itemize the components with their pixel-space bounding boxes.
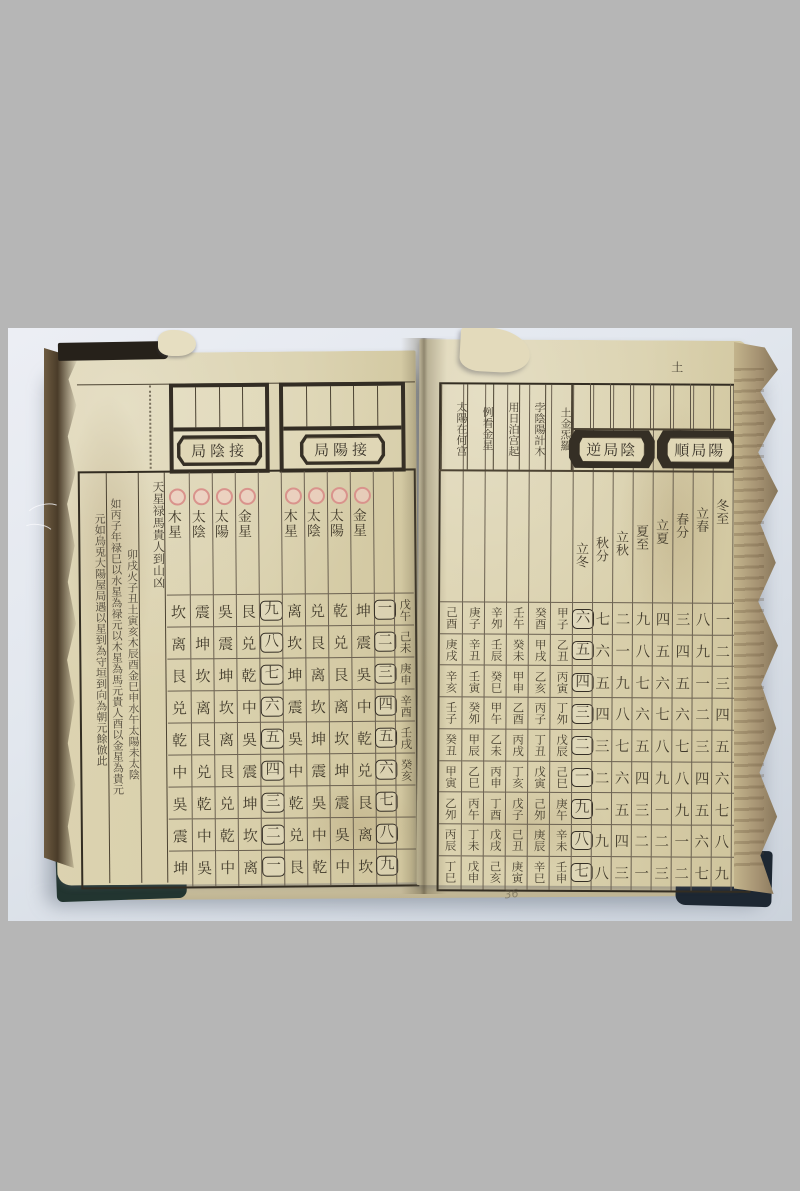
table-cell: 五: [673, 666, 693, 699]
planet-name: 木星: [282, 508, 297, 538]
bureau-number-boxed: 五: [375, 728, 398, 748]
trigram-value: 震: [356, 631, 371, 652]
ganzhi-value: 甲戌: [534, 639, 546, 662]
ganzhi-value: 丙午: [467, 797, 479, 820]
solar-term-header: 立春: [693, 507, 713, 533]
table-cell: 辛酉: [396, 688, 415, 721]
table-cell: 坎: [167, 594, 190, 627]
table-cell: 震: [330, 785, 353, 818]
table-cell: 六: [612, 761, 632, 794]
table-cell: 乾: [308, 849, 331, 882]
table-cell: 甲申: [507, 665, 529, 698]
ganzhi-value: 壬申: [555, 861, 567, 884]
ganzhi-value: 甲子: [556, 607, 568, 630]
table-cell: 艮: [306, 625, 329, 658]
ganzhi-value: 丁夘: [556, 702, 568, 725]
annotation-shouyuan-chaoyuan: 元如烏兎大陽屋局遇以星到為守垣到向為朝元餘倣此: [79, 513, 108, 873]
table-cell: 艮: [285, 849, 308, 882]
table-cell: 己巳: [550, 760, 572, 793]
table-cell: 坎: [239, 818, 262, 851]
red-circle-mark: [285, 487, 302, 504]
trigram-value: 坎: [287, 632, 302, 653]
ganzhi-value: 乙夘: [444, 797, 456, 820]
table-cell: 七: [376, 785, 396, 818]
bureau-number: 五: [695, 799, 710, 820]
solar-term-header: 立冬: [573, 542, 593, 568]
trigram-value: 中: [357, 695, 372, 716]
planet-name: 太陽: [328, 508, 343, 538]
trigram-value: 艮: [171, 665, 186, 686]
table-cell: 四: [612, 824, 632, 857]
bureau-number: 四: [595, 704, 610, 725]
ganzhi-value: 庚申: [399, 662, 411, 685]
comb-cells: [283, 386, 401, 431]
trigram-value: 坎: [243, 824, 258, 845]
table-cell: 三: [592, 729, 612, 762]
ganzhi-value: 戊子: [511, 797, 523, 820]
table-cell: 中: [238, 690, 261, 723]
ganzhi-value: 戊申: [467, 860, 479, 883]
ganzhi-value: 癸未: [512, 639, 524, 662]
table-cell: 四: [653, 602, 673, 635]
trigram-value: 坎: [311, 696, 326, 717]
trigram-value: 震: [195, 601, 210, 622]
ganzhi-value: 癸亥: [400, 758, 412, 781]
table-cell: 七: [260, 658, 283, 691]
trigram-value: 吳: [242, 728, 257, 749]
ganzhi-value: 丙寅: [556, 671, 568, 694]
table-cell: 五: [632, 729, 652, 762]
solar-term-name: 立冬: [573, 542, 587, 568]
bureau-number: 六: [695, 831, 710, 852]
trigram-value: 震: [311, 760, 326, 781]
table-cell: 六: [593, 634, 613, 667]
trigram-value: 坎: [219, 697, 234, 718]
ganzhi-value: 壬子: [445, 702, 457, 725]
bureau-number: 四: [675, 641, 690, 662]
table-cell: 六: [672, 698, 692, 731]
table-cell: 四: [692, 761, 712, 794]
table-cell: 三: [612, 856, 632, 889]
red-circle-mark: [331, 487, 348, 504]
table-cell: 兑: [192, 754, 215, 787]
table-cell: 五: [261, 722, 284, 755]
table-cell: 艮: [167, 658, 190, 691]
table-cell: 四: [632, 761, 652, 794]
table-cell: 七: [572, 856, 592, 889]
trigram-value: 乾: [172, 729, 187, 750]
trigram-value: 中: [335, 856, 350, 877]
bureau-number: 一: [675, 831, 690, 852]
bureau-number: 八: [615, 704, 630, 725]
cartouche-yang-ju-shun: 順局陽: [657, 430, 743, 468]
trigram-value: 艮: [219, 761, 234, 782]
table-cell: 乾: [329, 593, 352, 626]
trigram-value: 艮: [310, 632, 325, 653]
bureau-number: 九: [714, 863, 729, 884]
ganzhi-value: 丁未: [467, 829, 479, 852]
solar-term-header: 秋分: [593, 536, 613, 562]
table-cell: 坎: [191, 658, 214, 691]
page-number-mark: 土: [671, 358, 683, 375]
trigram-value: 中: [172, 761, 187, 782]
table-cell: 兑: [329, 625, 352, 658]
table-cell: 乙未: [484, 728, 506, 761]
trigram-value: 坤: [218, 665, 233, 686]
table-cell: 四: [261, 754, 284, 787]
bureau-number: 六: [715, 768, 730, 789]
bureau-number: 七: [615, 735, 630, 756]
table-cell: 乾: [216, 818, 239, 851]
table-cell: 癸丑: [439, 728, 461, 761]
bureau-number: 八: [696, 609, 711, 630]
bureau-number: 一: [595, 799, 610, 820]
table-cell: 戊戌: [484, 823, 506, 856]
table-cell: 四: [376, 689, 396, 722]
solar-term-name: 立夏: [653, 518, 667, 544]
table-cell: 一: [632, 856, 652, 889]
bureau-number-boxed: 三: [571, 704, 594, 724]
paper-scrap-gutter: [459, 328, 531, 374]
ganzhi-value: 壬寅: [468, 670, 480, 693]
table-cell: 辛未: [550, 824, 572, 857]
ganzhi-value: 癸夘: [468, 702, 480, 725]
table-cell: 六: [692, 824, 712, 857]
trigram-value: 乾: [289, 792, 304, 813]
trigram-value: 兑: [241, 632, 256, 653]
table-cell: 离: [215, 722, 238, 755]
table-cell: 二: [592, 761, 612, 794]
bureau-number-boxed: 六: [261, 697, 284, 717]
table-cell: 甲子: [551, 602, 573, 635]
bureau-number-boxed: 九: [571, 799, 594, 819]
bureau-number-boxed: 五: [261, 729, 284, 749]
trigram-value: 中: [312, 824, 327, 845]
cartouche-jie-yang-ju: 局陽接: [300, 433, 385, 465]
trigram-value: 坤: [195, 633, 210, 654]
table-cell: 中: [331, 849, 354, 882]
ganzhi-value: 戊午: [398, 598, 410, 621]
table-cell: 九: [572, 792, 592, 825]
table-cell: 坤: [283, 657, 306, 690]
table-cell: 离: [330, 689, 353, 722]
bureau-number: 四: [635, 767, 650, 788]
table-cell: 甲寅: [439, 760, 461, 793]
bureau-number: 三: [614, 862, 629, 883]
table-cell: 三: [261, 786, 284, 819]
table-cell: 二: [262, 818, 285, 851]
trigram-value: 艮: [358, 791, 373, 812]
ganzhi-value: 辛亥: [445, 670, 457, 693]
table-cell: 离: [167, 626, 190, 659]
bureau-number: 九: [675, 799, 690, 820]
table-cell: 坎: [307, 689, 330, 722]
trigram-value: 离: [196, 697, 211, 718]
bureau-number-boxed: 七: [570, 863, 593, 883]
bureau-number-boxed: 四: [571, 672, 594, 692]
table-cell: 吳: [193, 850, 216, 883]
ganzhi-value: 丁酉: [489, 797, 501, 820]
trigram-value: 乾: [357, 727, 372, 748]
table-cell: 二: [713, 634, 733, 667]
bureau-number: 一: [716, 609, 731, 630]
table-cell: 二: [375, 625, 395, 658]
table-cell: 震: [191, 594, 214, 627]
table-cell: 一: [672, 824, 692, 857]
table-column-ganzhi: 戊午己未庚申辛酉壬戌癸亥: [393, 470, 417, 884]
bureau-number: 八: [594, 862, 609, 883]
trigram-value: 离: [243, 856, 258, 877]
bureau-number-boxed: 五: [572, 641, 595, 661]
solar-term-header: 春分: [673, 512, 693, 538]
table-cell: 离: [306, 657, 329, 690]
table-cell: 丁丑: [528, 729, 550, 762]
bureau-number: 五: [715, 736, 730, 757]
table-cell: 辛夘: [485, 601, 507, 634]
ganzhi-value: 甲午: [490, 702, 502, 725]
table-cell: 七: [652, 697, 672, 730]
planet-header: 金星: [236, 488, 259, 539]
planet-header: 太陰: [190, 488, 213, 539]
bureau-number-boxed: 二: [262, 825, 285, 845]
table-cell: 三: [375, 657, 395, 690]
solar-term-header: 立夏: [653, 518, 673, 544]
comb-cells: [571, 383, 731, 431]
ganzhi-value: 甲寅: [444, 765, 456, 788]
ganzhi-value: 辛巳: [533, 861, 545, 884]
trigram-value: 震: [218, 633, 233, 654]
solar-term-name: 立春: [693, 507, 707, 533]
table-cell: 乙丑: [551, 634, 573, 667]
ganzhi-value: 庚戌: [445, 638, 457, 661]
bureau-number: 八: [655, 736, 670, 757]
bureau-number: 一: [615, 640, 630, 661]
table-cell: 兑: [168, 690, 191, 723]
left-page: 局陰接 局陽接 木星坎离艮兑乾中吳震坤太陰震坤坎离艮兑乾中吳太陽吳震坤坎离艮兑乾…: [53, 350, 421, 885]
table-cell: 丁巳: [439, 855, 461, 888]
bureau-number: 六: [615, 767, 630, 788]
table-cell: 丙申: [484, 760, 506, 793]
red-circle-mark: [169, 488, 186, 505]
table-cell: 一: [693, 666, 713, 699]
table-cell: 一: [713, 603, 733, 636]
table-cell: 七: [593, 602, 613, 635]
ganzhi-value: 戊辰: [555, 734, 567, 757]
trigram-value: 坎: [171, 601, 186, 622]
ganzhi-value: 乙酉: [512, 702, 524, 725]
trigram-value: 艮: [333, 664, 348, 685]
bureau-number-boxed: 六: [572, 609, 595, 629]
table-cell: 七: [692, 856, 712, 889]
table-cell: 九: [693, 634, 713, 667]
table-cell: 乾: [168, 722, 191, 755]
header-box-yang: 局陽接: [279, 382, 406, 473]
table-cell: 八: [612, 697, 632, 730]
trigram-value: 艮: [289, 856, 304, 877]
ganzhi-value: 己夘: [533, 797, 545, 820]
bureau-number: 七: [596, 608, 611, 629]
table-cell: 二: [632, 824, 652, 857]
trigram-value: 兑: [172, 697, 187, 718]
trigram-value: 离: [334, 696, 349, 717]
table-cell: 兑: [353, 753, 376, 786]
planet-name: 太陰: [305, 508, 320, 538]
trigram-value: 乾: [241, 664, 256, 685]
table-cell: 己夘: [528, 792, 550, 825]
red-circle-mark: [354, 487, 371, 504]
table-cell: 八: [572, 824, 592, 857]
bureau-number: 三: [676, 609, 691, 630]
trigram-value: 兑: [333, 632, 348, 653]
table-cell: 乾: [353, 721, 376, 754]
table-cell: 吳: [352, 657, 375, 690]
dotted-guide-line: [149, 386, 152, 469]
red-circle-mark: [193, 488, 210, 505]
ganzhi-value: 壬辰: [490, 639, 502, 662]
bureau-number: 四: [695, 767, 710, 788]
table-cell: 八: [693, 603, 713, 636]
trigram-value: 坎: [195, 665, 210, 686]
trigram-value: 中: [242, 696, 257, 717]
table-cell: 七: [633, 666, 653, 699]
annotation-tianxing-luma: 天星禄馬貴人到山凶: [138, 481, 167, 871]
table-cell: 艮: [215, 754, 238, 787]
bureau-number: 二: [616, 609, 631, 630]
table-cell: 四: [592, 697, 612, 730]
trigram-value: 乾: [333, 600, 348, 621]
bureau-number: 七: [635, 672, 650, 693]
red-circle-mark: [308, 487, 325, 504]
planet-name: 金星: [351, 508, 366, 538]
ganzhi-value: 戊戌: [489, 829, 501, 852]
table-cell: 二: [692, 698, 712, 731]
table-cell: 五: [712, 729, 732, 762]
table-cell: 壬辰: [485, 633, 507, 666]
bureau-number: 三: [654, 862, 669, 883]
bureau-number: 五: [595, 672, 610, 693]
bureau-number: 四: [656, 609, 671, 630]
usage-note-column: 太陽在何宫: [441, 384, 467, 469]
usage-note-column: 孛陰陽計木: [519, 385, 545, 470]
table-cell: 庚申: [395, 656, 414, 689]
trigram-value: 兑: [220, 793, 235, 814]
trigram-value: 兑: [196, 761, 211, 782]
planet-header: 太陰: [305, 487, 328, 538]
cartouche-label: 局陽接: [303, 436, 382, 462]
red-circle-mark: [216, 488, 233, 505]
table-cell: 艮: [192, 722, 215, 755]
trigram-value: 吳: [197, 857, 212, 878]
table-cell: 庚辰: [528, 824, 550, 857]
table-cell: 中: [168, 754, 191, 787]
table-cell: 乙酉: [506, 697, 528, 730]
header-box-yin: 局陰接: [169, 383, 270, 474]
table-cell: 艮: [237, 594, 260, 627]
table-cell: 中: [308, 817, 331, 850]
bureau-number: 九: [595, 830, 610, 851]
bureau-number: 七: [715, 799, 730, 820]
table-cell: 辛丑: [463, 633, 485, 666]
bureau-number-boxed: 一: [374, 600, 397, 620]
table-cell: 七: [712, 793, 732, 826]
table-cell: 坤: [352, 593, 375, 626]
trigram-value: 兑: [310, 600, 325, 621]
table-cell: 丁亥: [506, 760, 528, 793]
trigram-value: 坤: [287, 664, 302, 685]
photo-of-open-manuscript: 局陰接 局陽接 木星坎离艮兑乾中吳震坤太陰震坤坎离艮兑乾中吳太陽吳震坤坎离艮兑乾…: [8, 328, 792, 921]
comb-cells: [173, 387, 265, 432]
table-cell: 丁未: [462, 823, 484, 856]
bureau-number: 七: [655, 704, 670, 725]
table-cell: 坎: [283, 625, 306, 658]
bureau-number-boxed: 二: [571, 736, 594, 756]
bureau-number: 二: [674, 862, 689, 883]
bureau-number: 三: [635, 799, 650, 820]
bureau-number: 五: [635, 735, 650, 756]
bureau-number: 八: [715, 831, 730, 852]
ganzhi-value: 丙子: [534, 702, 546, 725]
right-page: 土 己酉庚戌辛亥壬子癸丑甲寅乙夘丙辰丁巳庚子辛丑壬寅癸夘甲辰乙巳丙午丁未戊申辛夘…: [417, 339, 747, 887]
bureau-number: 七: [675, 736, 690, 757]
table-cell: 癸未: [507, 633, 529, 666]
trigram-value: 吳: [312, 792, 327, 813]
table-cell: 八: [377, 817, 397, 850]
table-cell: 一: [262, 850, 285, 883]
bureau-number-boxed: 一: [262, 857, 285, 877]
solar-term-header: 立秋: [613, 530, 633, 556]
table-cell: 震: [214, 626, 237, 659]
table-cell: 壬戌: [396, 720, 415, 753]
ganzhi-value: 己巳: [555, 766, 567, 789]
ganzhi-value: 壬戌: [400, 726, 412, 749]
table-cell: 壬午: [507, 602, 529, 635]
bureau-number: 一: [634, 862, 649, 883]
table-cell: 八: [712, 825, 732, 858]
planet-header: 木星: [282, 487, 305, 538]
usage-note-column: 土金炁羅: [545, 385, 571, 470]
table-cell: 离: [354, 817, 377, 850]
table-cell: 丙寅: [551, 665, 573, 698]
trigram-value: 震: [335, 792, 350, 813]
table-cell: 坎: [354, 849, 377, 882]
table-cell: 离: [239, 850, 262, 883]
planet-name: 金星: [236, 509, 251, 539]
table-cell: 五: [653, 634, 673, 667]
table-cell: 二: [613, 602, 633, 635]
bureau-number: 三: [595, 735, 610, 756]
table-cell: 九: [652, 761, 672, 794]
bureau-number-boxed: 八: [571, 831, 594, 851]
table-cell: 辛巳: [528, 855, 550, 888]
table-cell: 震: [284, 689, 307, 722]
table-cell: 乾: [192, 786, 215, 819]
table-cell: 坤: [238, 786, 261, 819]
table-cell: 丁夘: [550, 697, 572, 730]
ganzhi-value: 庚寅: [511, 861, 523, 884]
table-cell: 六: [376, 753, 396, 786]
bureau-number-boxed: 八: [260, 633, 283, 653]
table-cell: 戊午: [395, 592, 414, 625]
table-cell: 癸亥: [396, 752, 415, 785]
table-cell: 坤: [307, 721, 330, 754]
trigram-value: 吳: [288, 728, 303, 749]
table-cell: 兑: [215, 786, 238, 819]
planet-name: 木星: [166, 509, 181, 539]
table-cell: 中: [353, 689, 376, 722]
trigram-value: 中: [197, 825, 212, 846]
trigram-value: 兑: [289, 824, 304, 845]
bureau-number: 八: [635, 640, 650, 661]
